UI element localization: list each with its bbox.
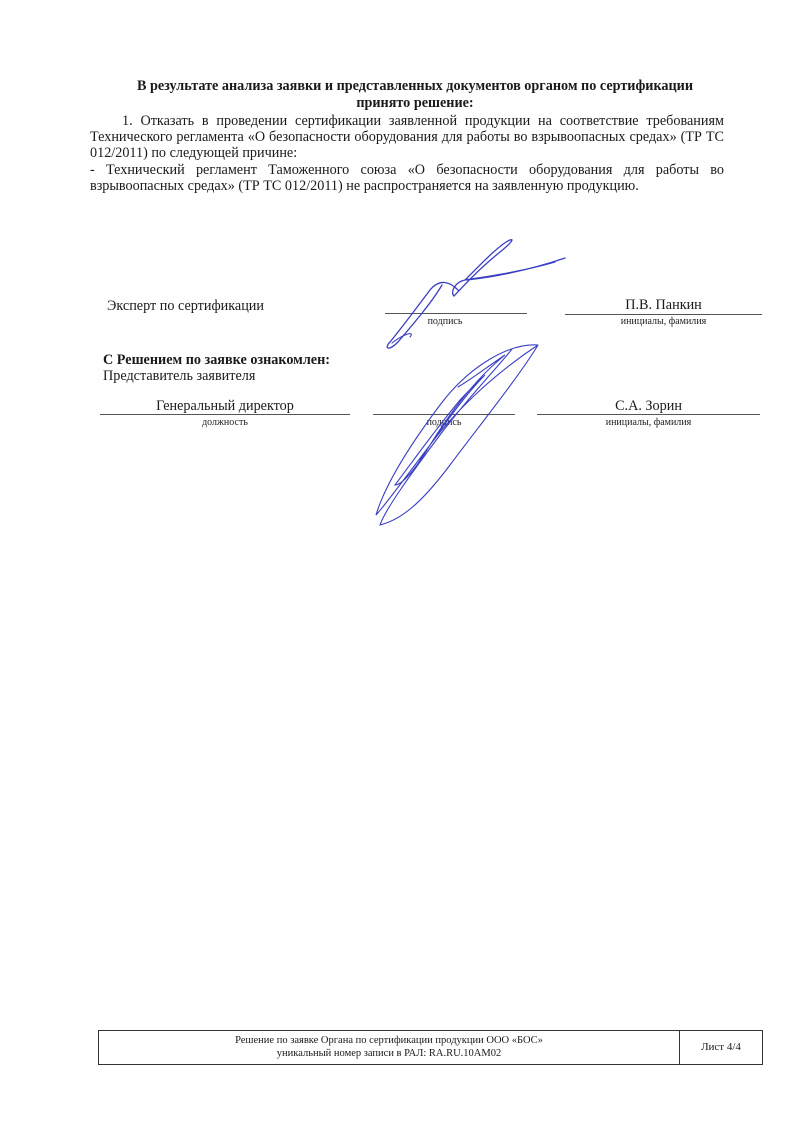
reason-paragraph: - Технический регламент Таможенного союз…	[90, 162, 724, 194]
applicant-name-caption: инициалы, фамилия	[537, 417, 760, 428]
page-footer: Решение по заявке Органа по сертификации…	[98, 1030, 763, 1065]
applicant-position: Генеральный директор	[100, 398, 350, 415]
position-caption: должность	[100, 417, 350, 428]
heading-line-1: В результате анализа заявки и представле…	[90, 78, 740, 95]
footer-info: Решение по заявке Органа по сертификации…	[99, 1031, 680, 1064]
position-line	[100, 414, 350, 415]
applicant-name: С.А. Зорин	[537, 398, 760, 415]
footer-line-1: Решение по заявке Органа по сертификации…	[99, 1034, 679, 1047]
expert-name-line	[565, 314, 762, 315]
applicant-name-line	[537, 414, 760, 415]
decision-heading: В результате анализа заявки и представле…	[90, 78, 740, 112]
expert-role-label: Эксперт по сертификации	[107, 298, 264, 315]
applicant-signature	[360, 335, 560, 535]
expert-name-caption: инициалы, фамилия	[565, 316, 762, 327]
decision-text: 1. Отказать в проведении сертификации за…	[90, 113, 724, 161]
acknowledged-heading: С Решением по заявке ознакомлен:	[103, 352, 330, 369]
expert-signature	[370, 230, 570, 350]
footer-line-2: уникальный номер записи в РАЛ: RA.RU.10A…	[99, 1047, 679, 1060]
representative-label: Представитель заявителя	[103, 368, 255, 385]
sheet-number: Лист 4/4	[680, 1031, 762, 1064]
expert-name: П.В. Панкин	[565, 297, 762, 314]
heading-line-2: принято решение:	[90, 95, 740, 112]
decision-paragraph: 1. Отказать в проведении сертификации за…	[90, 113, 724, 161]
